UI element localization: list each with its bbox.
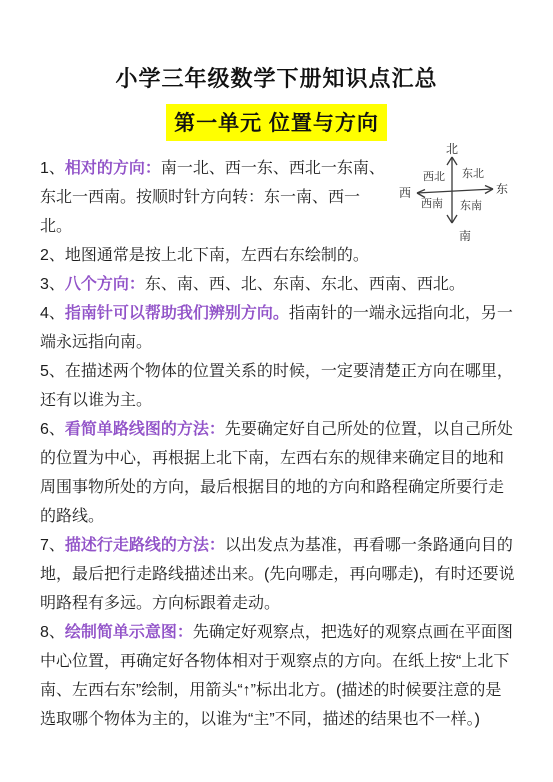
knowledge-point-4: 4、指南针可以帮助我们辨别方向。指南针的一端永远指向北，另一端永远指向南。 [40, 299, 517, 357]
knowledge-point-1: 1、相对的方向：南一北、西一东、西北一东南、东北一西南。按顺时针方向转：东一南、… [40, 154, 390, 241]
item-text: 在描述两个物体的位置关系的时候，一定要清楚正方向在哪里，还有以谁为主。 [40, 363, 513, 409]
west-arrow-icon [417, 190, 425, 198]
knowledge-point-6: 6、看简单路线图的方法：先要确定好自己所处的位置，以自己所处的位置为中心，再根据… [40, 415, 517, 531]
knowledge-point-7: 7、描述行走路线的方法：以出发点为基准，再看哪一条路通向目的地，最后把行走路线描… [40, 531, 517, 618]
compass-label-southeast: 东南 [460, 199, 482, 212]
compass-label-north: 北 [446, 142, 458, 156]
compass-label-south: 南 [459, 228, 471, 243]
item-lead: 相对的方向： [65, 160, 161, 177]
item-lead: 指南针可以帮助我们辨别方向。 [65, 305, 289, 322]
knowledge-point-8: 8、绘制简单示意图：先确定好观察点，把选好的观察点画在平面图中心位置，再确定好各… [40, 618, 517, 734]
item-number: 2、 [40, 247, 65, 264]
item-number: 3、 [40, 276, 65, 293]
item-text: 地图通常是按上北下南，左西右东绘制的。 [65, 247, 369, 264]
compass-label-northwest: 西北 [423, 170, 445, 183]
item-number: 1、 [40, 160, 65, 177]
compass-label-northeast: 东北 [462, 167, 484, 180]
item-lead: 八个方向： [65, 276, 145, 293]
knowledge-point-5: 5、在描述两个物体的位置关系的时候，一定要清楚正方向在哪里，还有以谁为主。 [40, 357, 517, 415]
compass-label-southwest: 西南 [421, 197, 443, 210]
doc-title: 小学三年级数学下册知识点汇总 [0, 0, 553, 93]
item-text: 东、南、西、北、东南、东北、西南、西北。 [145, 276, 465, 293]
item-number: 8、 [40, 624, 65, 641]
item-number: 6、 [40, 421, 65, 438]
compass-figure: 北 南 西 东 西北 东北 西南 东南 [398, 141, 510, 245]
item-number: 4、 [40, 305, 65, 322]
item-lead: 描述行走路线的方法： [65, 537, 225, 554]
compass-diagram: 北 南 西 东 西北 东北 西南 东南 [398, 141, 510, 245]
knowledge-point-3: 3、八个方向：东、南、西、北、东南、东北、西南、西北。 [40, 270, 517, 299]
item-number: 7、 [40, 537, 65, 554]
unit-title-highlight: 第一单元 位置与方向 [166, 104, 387, 141]
knowledge-point-2: 2、地图通常是按上北下南，左西右东绘制的。 [40, 241, 390, 270]
compass-label-west: 西 [399, 186, 411, 200]
document-page: 小学三年级数学下册知识点汇总 第一单元 位置与方向 北 南 西 东 西北 东北 … [0, 0, 553, 782]
item-lead: 绘制简单示意图： [65, 624, 193, 641]
item-number: 5、 [40, 363, 65, 380]
compass-label-east: 东 [496, 182, 508, 196]
item-lead: 看简单路线图的方法： [65, 421, 225, 438]
unit-title-row: 第一单元 位置与方向 [0, 104, 553, 141]
